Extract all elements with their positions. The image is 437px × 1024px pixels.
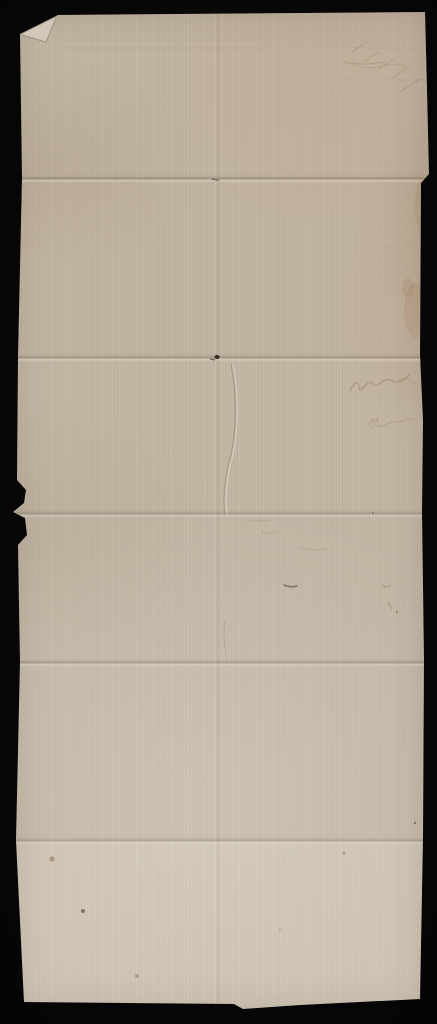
- paper-detail-overlay: [0, 0, 437, 1024]
- paper-sheet: [0, 0, 437, 1024]
- folded-corner-flap: [21, 16, 57, 42]
- wrinkle: [224, 364, 237, 658]
- script-show-through: [350, 374, 415, 428]
- ink-smudges: [250, 512, 399, 614]
- ink-dot: [210, 179, 220, 360]
- hatch-marks-show-through: [344, 42, 420, 92]
- stain-right-edge: [402, 179, 429, 338]
- photo-background: [0, 0, 437, 1024]
- foxing-spots: [49, 822, 416, 978]
- ruled-line-show-through: [62, 48, 428, 246]
- edge-specks: [141, 11, 305, 15]
